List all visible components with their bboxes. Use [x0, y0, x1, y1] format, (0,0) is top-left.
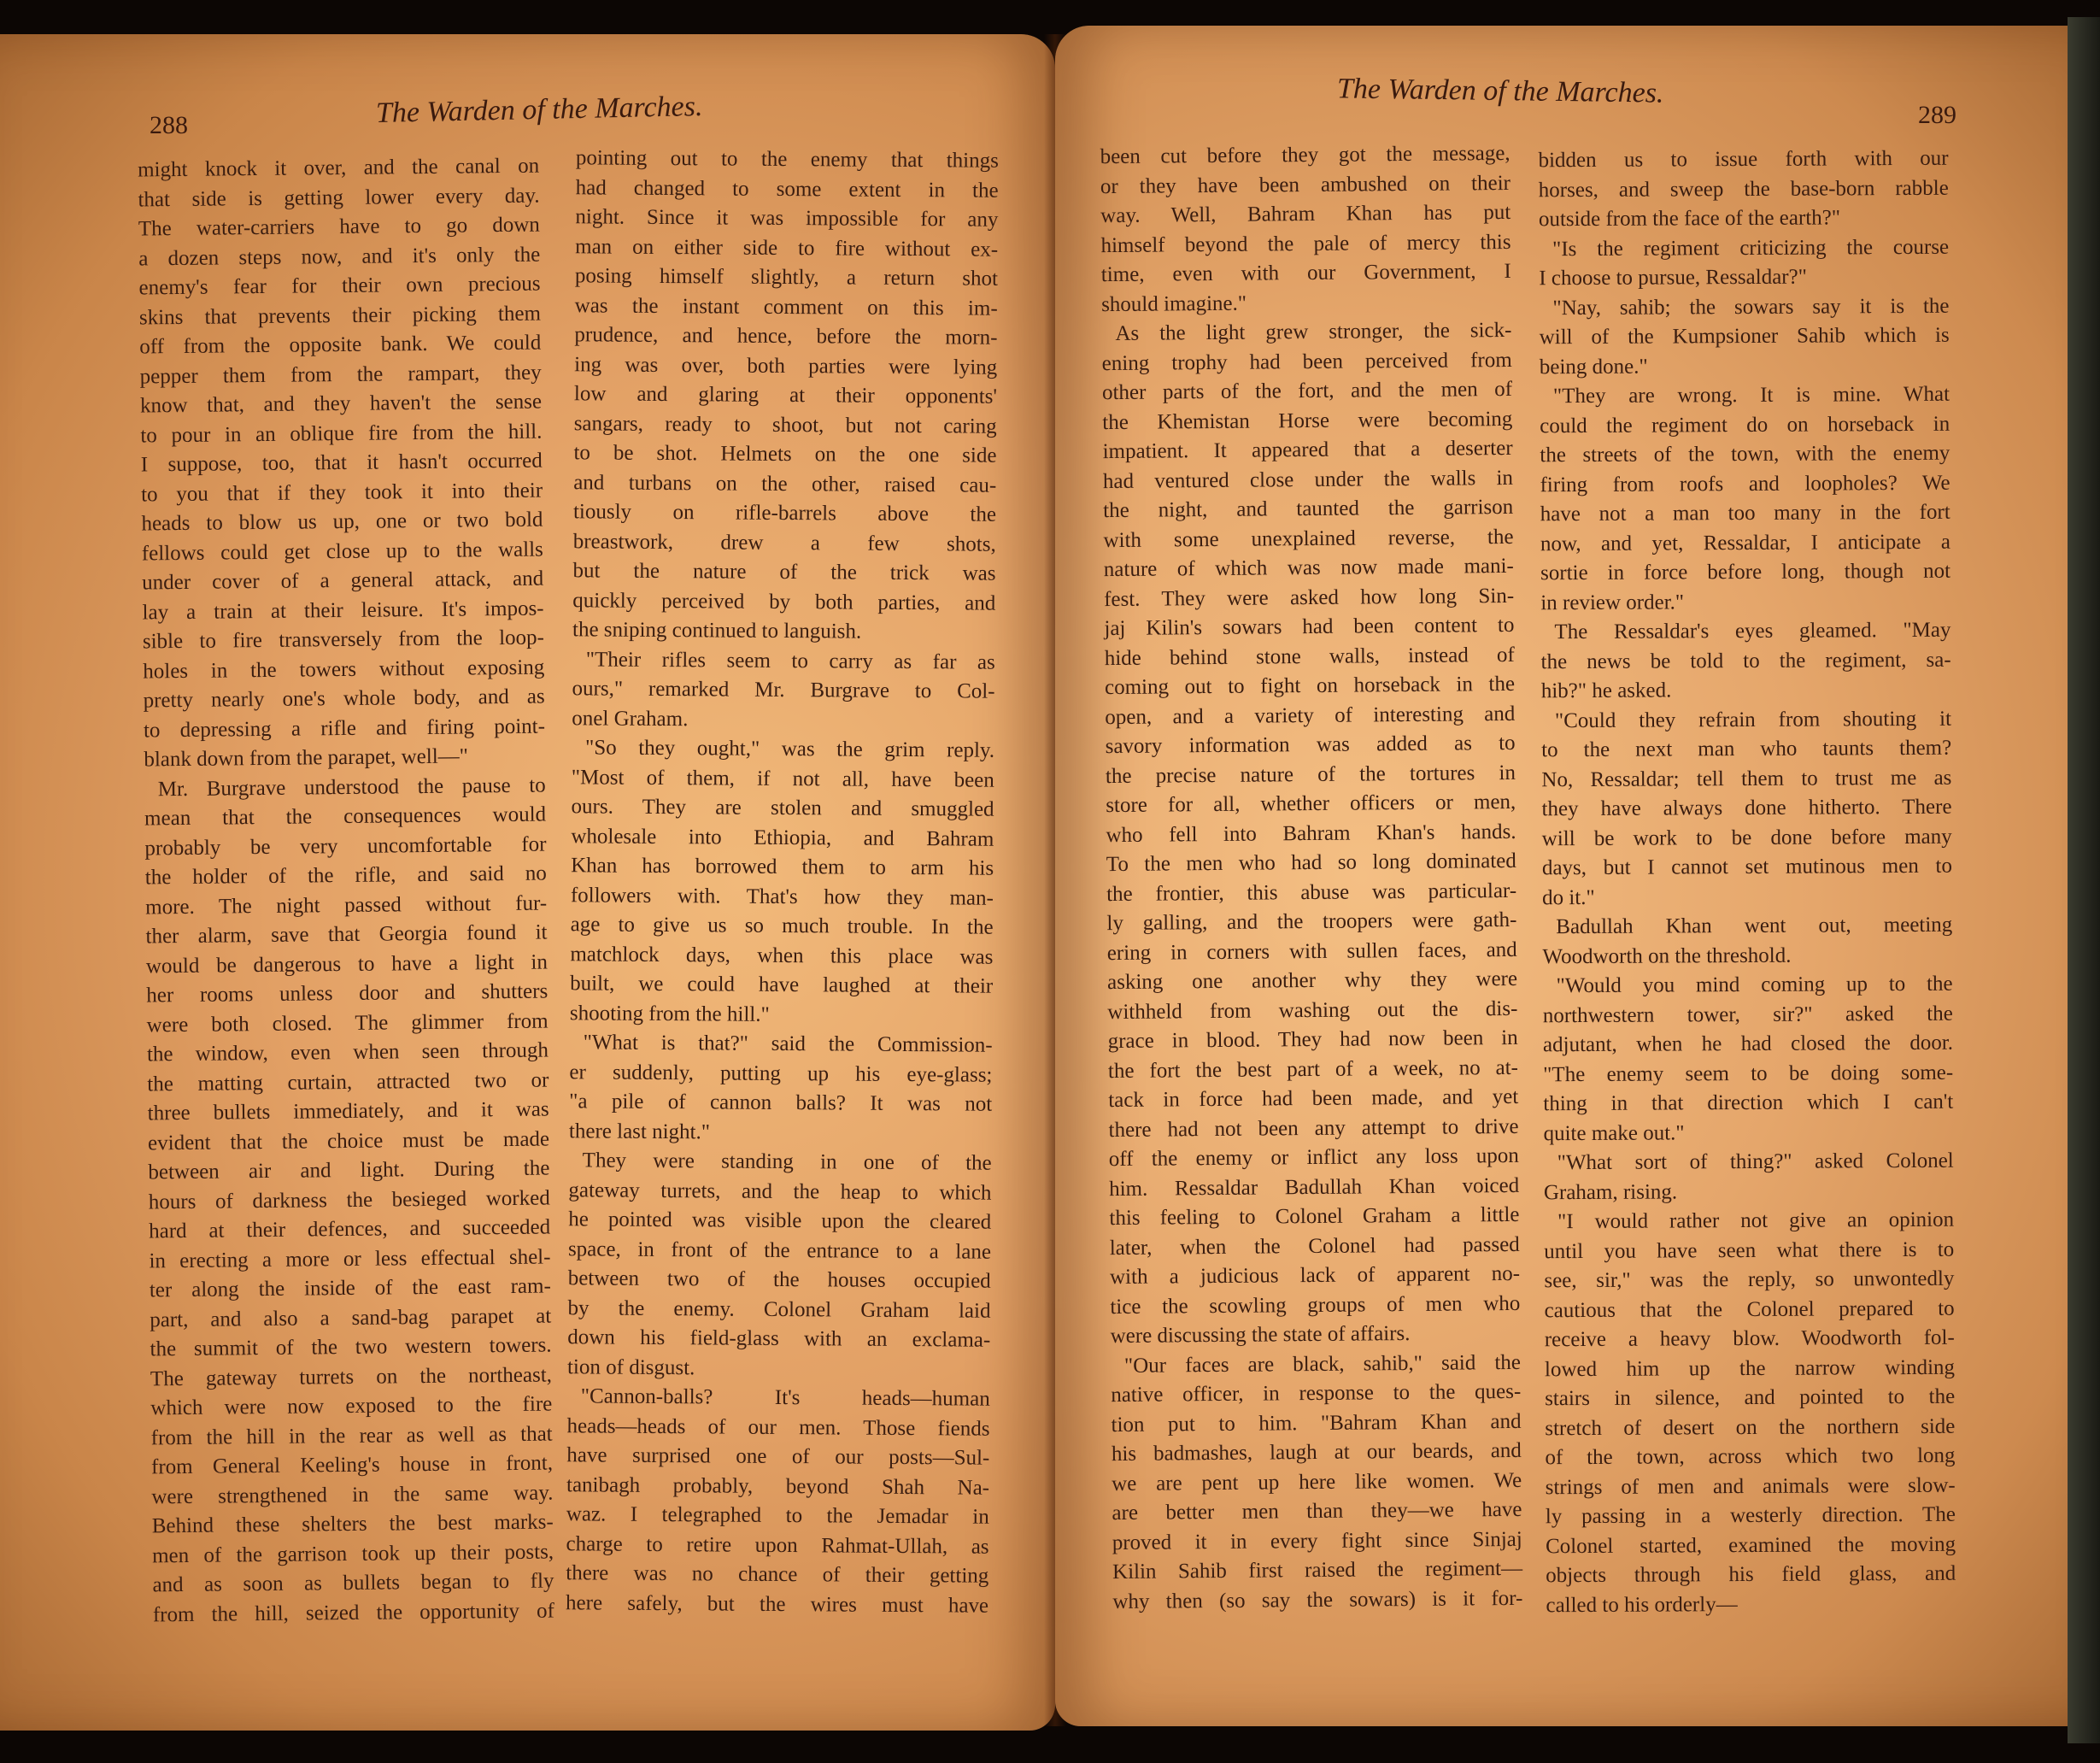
text-line: and as soon as bullets began to fly	[152, 1566, 554, 1600]
text-line: they have always done hitherto. There	[1541, 793, 1951, 825]
text-line: blank down from the parapet, well—"	[144, 742, 545, 775]
text-line: Badullah Khan went out, meeting	[1542, 911, 1952, 943]
text-line: more. The night passed without fur-	[145, 889, 547, 922]
text-line: tion put to him. "Bahram Khan and	[1111, 1407, 1521, 1440]
text-line: the sniping continued to languish.	[572, 615, 995, 648]
text-line: had changed to some extent in the	[576, 173, 999, 206]
text-line: "What sort of thing?" asked Colonel	[1544, 1147, 1954, 1178]
text-line: "Most of them, if not all, have been	[572, 763, 994, 796]
text-line: "What is that?" said the Commission-	[570, 1028, 993, 1061]
text-line: the news be told to the regiment, sa-	[1541, 645, 1951, 677]
text-line: until you have seen what there is to	[1544, 1235, 1954, 1266]
text-line: in review order."	[1540, 586, 1950, 618]
text-line: jaj Kilin's sowars had been content to	[1104, 611, 1514, 644]
text-line: there had not been any attempt to drive	[1108, 1112, 1518, 1145]
text-line: probably be very uncomfortable for	[144, 830, 546, 863]
text-column-left-2: pointing out to the enemy that thingshad…	[566, 144, 999, 1620]
text-line: to pour in an oblique fire from the hill…	[140, 417, 542, 450]
text-line: Woodworth on the threshold.	[1542, 940, 1952, 972]
text-line: the precise nature of the tortures in	[1106, 758, 1516, 791]
text-line: tion of disgust.	[567, 1353, 990, 1385]
text-line: objects through his field glass, and	[1546, 1560, 1956, 1591]
text-line: asking one another why they were	[1107, 965, 1517, 998]
text-line: man on either side to fire without ex-	[575, 232, 998, 265]
text-line: time, even with our Government, I	[1101, 257, 1511, 291]
text-line: native officer, in response to the ques-	[1111, 1378, 1521, 1411]
text-line: the frontier, this abuse was particular-	[1106, 876, 1516, 909]
text-line: I suppose, too, that it hasn't occurred	[141, 447, 543, 480]
text-line: there last night."	[569, 1117, 992, 1149]
text-line: would be dangerous to have a light in	[146, 948, 548, 981]
text-line: breastwork, drew a few shots,	[573, 527, 996, 560]
text-line: fest. They were asked how long Sin-	[1104, 581, 1514, 614]
text-line: other parts of the fort, and the men of	[1102, 375, 1512, 408]
text-line: evident that the choice must be made	[148, 1125, 549, 1158]
text-line: down his field-glass with an exclama-	[567, 1323, 990, 1355]
text-line: were both closed. The glimmer from	[146, 1007, 548, 1040]
text-line: low and glaring at their opponents'	[574, 379, 997, 412]
text-line: grace in blood. They had now been in	[1108, 1024, 1518, 1057]
text-line: were discussing the state of affairs.	[1111, 1319, 1521, 1352]
text-line: might knock it over, and the canal on	[138, 152, 539, 185]
text-line: The Ressaldar's eyes gleamed. "May	[1540, 616, 1950, 648]
text-line: savory information was added as to	[1106, 729, 1516, 762]
text-line: horses, and sweep the base-born rabble	[1539, 173, 1949, 205]
text-line: The water-carriers have to go down	[138, 211, 540, 244]
text-line: receive a heavy blow. Woodworth fol-	[1545, 1324, 1955, 1355]
text-line: mean that the consequences would	[144, 801, 546, 834]
text-line: tice the scowling groups of men who	[1110, 1289, 1520, 1322]
text-line: They were standing in one of the	[569, 1146, 992, 1178]
text-line: we are pent up here like women. We	[1112, 1466, 1522, 1499]
text-line: northwestern tower, sir?" asked the	[1543, 999, 1953, 1031]
text-line: that side is getting lower every day.	[138, 181, 539, 214]
text-line: part, and also a sand-bag parapet at	[150, 1302, 551, 1335]
text-line: to depressing a rifle and firing point-	[144, 712, 545, 745]
text-line: impatient. It appeared that a deserter	[1102, 434, 1512, 467]
text-line: adjutant, when he had closed the door.	[1543, 1029, 1953, 1061]
text-line: ly galling, and the troopers were gath-	[1106, 906, 1516, 939]
text-line: Kilin Sahib first raised the regiment—	[1112, 1554, 1522, 1588]
text-line: have not a man too many in the fort	[1540, 498, 1950, 530]
text-line: should imagine."	[1101, 286, 1511, 320]
text-line: "Nay, sahib; the sowars say it is the	[1539, 291, 1949, 323]
text-line: the fort the best part of a week, no at-	[1108, 1053, 1518, 1086]
text-line: but the nature of the trick was	[572, 556, 995, 589]
text-line: later, when the Colonel had passed	[1110, 1230, 1520, 1263]
text-line: her rooms unless door and shutters	[146, 978, 548, 1011]
text-line: lowed him up the narrow winding	[1545, 1353, 1955, 1384]
text-line: off the enemy or inflict any loss upon	[1109, 1142, 1519, 1175]
text-line: waz. I telegraphed to the Jemadar in	[566, 1500, 989, 1532]
text-line: the holder of the rifle, and said no	[145, 860, 547, 893]
text-line: er suddenly, putting up his eye-glass;	[569, 1058, 992, 1090]
text-line: coming out to fight on horseback in the	[1105, 670, 1515, 703]
page-number: 288	[150, 111, 188, 140]
running-head: The Warden of the Marches.	[376, 91, 703, 130]
text-line: were strengthened in the same way.	[151, 1478, 553, 1512]
text-line: ening trophy had been perceived from	[1102, 345, 1512, 379]
text-line: night. Since it was impossible for any	[575, 203, 998, 235]
text-line: his badmashes, laugh at our beards, and	[1112, 1437, 1522, 1470]
text-line: sangars, ready to shoot, but not caring	[574, 409, 997, 442]
text-line: the window, even when seen through	[147, 1037, 548, 1070]
text-line: and turbans on the other, raised cau-	[573, 468, 996, 501]
text-line: will be work to be done before many	[1542, 822, 1952, 854]
text-line: "Is the regiment criticizing the course	[1539, 232, 1949, 264]
text-line: heads—heads of our men. Those fiends	[566, 1412, 989, 1444]
text-line: off from the opposite bank. We could	[139, 329, 541, 362]
text-line: know that, and they haven't the sense	[140, 388, 542, 421]
text-line: do it."	[1542, 881, 1952, 913]
text-line: prudence, and hence, before the morn-	[574, 320, 997, 353]
text-line: built, we could have laughed at their	[570, 969, 993, 1002]
text-line: "Cannon-balls? It's heads—human	[567, 1382, 990, 1414]
text-line: from the hill in the rear as well as tha…	[151, 1419, 553, 1453]
text-line: nature of which was now made mani-	[1104, 552, 1514, 585]
text-line: Khan has borrowed them to arm his	[571, 851, 994, 884]
text-line: tiously on rifle-barrels above the	[573, 497, 996, 530]
text-line: fellows could get close up to the walls	[142, 535, 543, 568]
text-line: quite make out."	[1543, 1117, 1953, 1149]
text-line: cautious that the Colonel prepared to	[1545, 1294, 1955, 1325]
text-line: the streets of the town, with the enemy	[1540, 439, 1950, 471]
text-line: with a judicious lack of apparent no-	[1110, 1260, 1520, 1293]
text-line: hide behind stone walls, instead of	[1105, 640, 1515, 673]
text-line: to the next man who taunts them?	[1541, 734, 1951, 766]
text-line: holes in the towers without exposing	[143, 653, 544, 686]
text-line: outside from the face of the earth?"	[1539, 203, 1949, 235]
text-line: hours of darkness the besieged worked	[149, 1184, 550, 1217]
text-line: this feeling to Colonel Graham a little	[1109, 1201, 1519, 1234]
text-line: onel Graham.	[572, 704, 994, 737]
text-line: the summit of the two western towers.	[150, 1331, 551, 1365]
text-line: ly passing in a westerly direction. The	[1546, 1501, 1956, 1532]
text-line: hib?" he asked.	[1541, 675, 1951, 707]
text-line: Graham, rising.	[1544, 1176, 1954, 1208]
text-line: wholesale into Ethiopia, and Bahram	[571, 822, 994, 855]
text-line: "Would you mind coming up to the	[1543, 970, 1953, 1002]
text-line: from General Keeling's house in front,	[151, 1449, 553, 1483]
text-line: sortie in force before long, though not	[1540, 557, 1950, 589]
text-line: ours. They are stolen and smuggled	[571, 792, 994, 825]
text-line: tanibagh probably, beyond Shah Na-	[566, 1471, 989, 1503]
text-line: who fell into Bahram Khan's hands.	[1106, 817, 1516, 850]
text-line: "Could they refrain from shouting it	[1541, 704, 1951, 736]
text-line: ing was over, both parties were lying	[574, 350, 997, 383]
text-line: called to his orderly—	[1546, 1589, 1956, 1620]
text-line: the Khemistan Horse were becoming	[1102, 404, 1512, 438]
text-line: No, Ressaldar; tell them to trust me as	[1541, 763, 1951, 795]
text-line: himself beyond the pale of mercy this	[1100, 227, 1510, 261]
text-line: As the light grew stronger, the sick-	[1101, 316, 1511, 350]
text-line: age to give us so much trouble. In the	[571, 910, 994, 943]
text-line: open, and a variety of interesting and	[1105, 699, 1515, 732]
text-line: stairs in silence, and pointed to the	[1545, 1383, 1955, 1414]
text-line: Colonel started, examined the moving	[1546, 1530, 1956, 1561]
text-line: followers with. That's how they man-	[571, 881, 994, 914]
text-line: enemy's fear for their own precious	[138, 270, 540, 303]
text-line: charge to retire upon Rahmat-Ullah, as	[566, 1530, 988, 1562]
text-line: or they have been ambushed on their	[1100, 168, 1510, 202]
text-line: had ventured close under the walls in	[1103, 463, 1513, 497]
text-line: with some unexplained reverse, the	[1103, 522, 1513, 555]
text-column-right-1: been cut before they got the message,or …	[1100, 139, 1522, 1617]
text-line: between air and light. During the	[148, 1155, 549, 1188]
text-line: in erecting a more or less effectual she…	[149, 1243, 550, 1276]
text-line: could the regiment do on horseback in	[1540, 409, 1950, 441]
text-line: firing from roofs and loopholes? We	[1540, 468, 1950, 500]
text-line: shooting from the hill."	[570, 999, 993, 1031]
text-line: sible to fire transversely from the loop…	[143, 624, 544, 657]
text-line: to you that if they took it into their	[141, 476, 543, 509]
text-line: now, and yet, Ressaldar, I anticipate a	[1540, 527, 1950, 559]
text-line: why then (so say the sowars) is it for-	[1112, 1584, 1522, 1617]
text-line: tack in force had been made, and yet	[1108, 1083, 1518, 1116]
text-line: are better men than they—we have	[1112, 1496, 1522, 1529]
text-line: have surprised one of our posts—Sul-	[566, 1441, 989, 1473]
text-line: ther alarm, save that Georgia found it	[145, 919, 547, 952]
text-line: space, in front of the entrance to a lan…	[568, 1235, 991, 1267]
text-line: quickly perceived by both parties, and	[572, 586, 995, 619]
left-page: 288 The Warden of the Marches. might kno…	[0, 34, 1055, 1731]
text-column-right-2: bidden us to issue forth with ourhorses,…	[1538, 144, 1956, 1620]
text-line: between two of the houses occupied	[568, 1264, 991, 1296]
text-line: see, sir," was the reply, so unwontedly	[1544, 1265, 1954, 1296]
text-column-left-1: might knock it over, and the canal ontha…	[138, 152, 554, 1631]
text-line: I choose to pursue, Ressaldar?"	[1539, 262, 1949, 294]
page-number: 289	[1918, 101, 1956, 130]
text-line: matchlock days, when this place was	[570, 940, 993, 973]
text-line: was the instant comment on this im-	[575, 291, 998, 324]
running-head: The Warden of the Marches.	[1337, 73, 1664, 109]
text-line: here safely, but the wires must have	[566, 1589, 988, 1621]
text-line: ours," remarked Mr. Burgrave to Col-	[572, 674, 994, 707]
text-line: under cover of a general attack, and	[142, 565, 543, 598]
text-line: the night, and taunted the garrison	[1103, 493, 1513, 526]
text-line: pretty nearly one's whole body, and as	[143, 683, 544, 716]
text-line: will of the Kumpsioner Sahib which is	[1540, 321, 1950, 353]
text-line: pepper them from the rampart, they	[140, 358, 542, 391]
text-line: of the town, across which two long	[1545, 1442, 1955, 1473]
text-line: three bullets immediately, and it was	[148, 1096, 549, 1129]
text-line: gateway turrets, and the heap to which	[568, 1176, 991, 1208]
text-line: bidden us to issue forth with our	[1538, 144, 1948, 176]
text-line: "The enemy seem to be doing some-	[1543, 1058, 1953, 1090]
text-line: strings of men and animals were slow-	[1546, 1471, 1956, 1502]
text-line: there was no chance of their getting	[566, 1559, 988, 1591]
text-line: been cut before they got the message,	[1100, 139, 1510, 173]
text-line: heads to blow us up, one or two bold	[141, 506, 543, 539]
text-line: The gateway turrets on the northeast,	[150, 1360, 552, 1394]
text-line: stretch of desert on the northern side	[1545, 1412, 1955, 1443]
text-line: Mr. Burgrave understood the pause to	[144, 771, 546, 804]
text-line: pointing out to the enemy that things	[576, 144, 999, 176]
text-line: "Our faces are black, sahib," said the	[1111, 1348, 1521, 1381]
text-line: the matting curtain, attracted two or	[147, 1066, 548, 1099]
text-line: way. Well, Bahram Khan has put	[1100, 198, 1510, 232]
text-line: Behind these shelters the best marks-	[152, 1507, 554, 1541]
text-line: ering in corners with sullen faces, and	[1107, 935, 1517, 968]
text-line: ter along the inside of the east ram-	[150, 1272, 551, 1306]
text-line: withheld from washing out the dis-	[1107, 994, 1517, 1027]
text-line: from the hill, seized the opportunity of	[153, 1596, 554, 1630]
text-line: which were now exposed to the fire	[150, 1390, 552, 1424]
text-line: hard at their defences, and succeeded	[149, 1214, 550, 1247]
text-line: being done."	[1540, 350, 1950, 382]
text-line: "I would rather not give an opinion	[1544, 1206, 1954, 1237]
right-page: 289 The Warden of the Marches. been cut …	[1055, 26, 2076, 1726]
text-line: proved it in every fight since Sinjaj	[1112, 1525, 1522, 1558]
text-line: thing in that direction which I can't	[1543, 1088, 1953, 1120]
text-line: "So they ought," was the grim reply.	[572, 733, 994, 766]
text-line: To the men who had so long dominated	[1106, 847, 1516, 880]
text-line: men of the garrison took up their posts,	[152, 1537, 554, 1571]
text-line: by the enemy. Colonel Graham laid	[567, 1294, 990, 1326]
text-line: "a pile of cannon balls? It was not	[569, 1087, 992, 1120]
text-line: days, but I cannot set mutinous men to	[1542, 852, 1952, 884]
text-line: he pointed was visible upon the cleared	[568, 1205, 991, 1237]
page-block-edge	[2068, 17, 2100, 1743]
text-line: "They are wrong. It is mine. What	[1540, 380, 1950, 412]
text-line: to be shot. Helmets on the one side	[573, 438, 996, 471]
text-line: "Their rifles seem to carry as far as	[572, 645, 995, 678]
text-line: store for all, whether officers or men,	[1106, 788, 1516, 821]
open-book-spread: 288 The Warden of the Marches. might kno…	[0, 0, 2100, 1763]
text-line: him. Ressaldar Badullah Khan voiced	[1109, 1171, 1519, 1204]
text-line: skins that prevents their picking them	[139, 299, 541, 332]
text-line: lay a train at their leisure. It's impos…	[142, 594, 543, 627]
text-line: a dozen steps now, and it's only the	[138, 240, 540, 273]
text-line: posing himself slightly, a return shot	[575, 262, 998, 294]
